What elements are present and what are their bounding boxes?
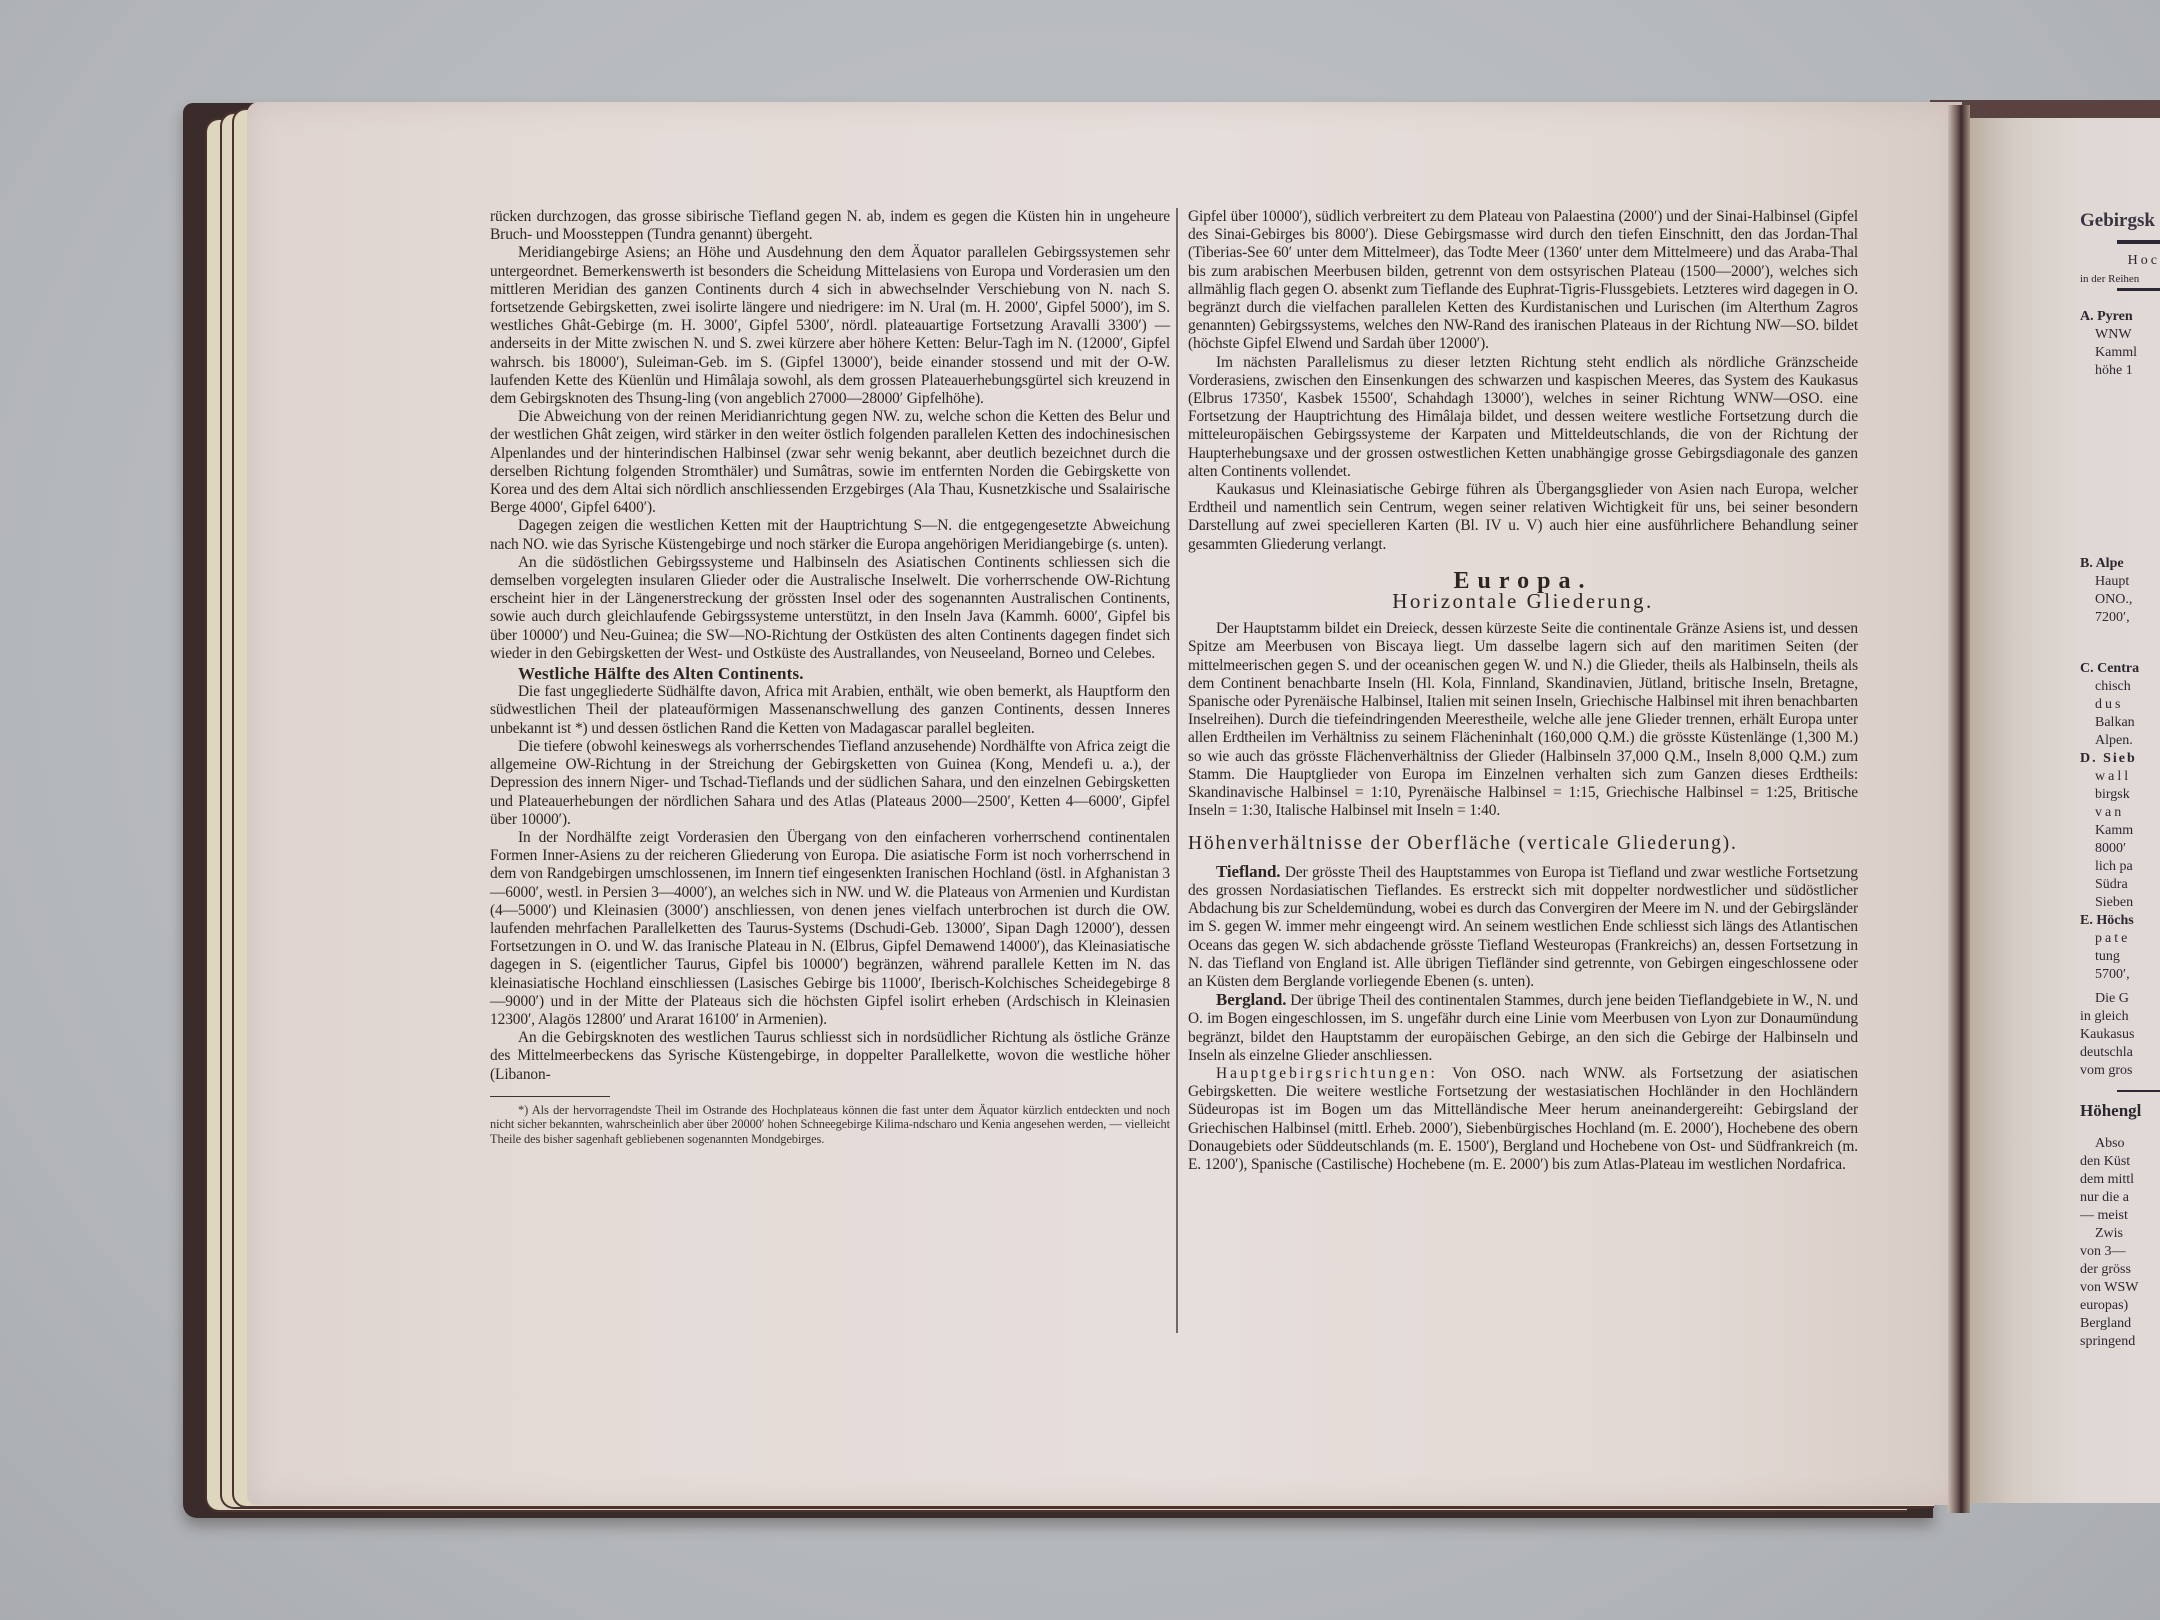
paragraph-bergland: Bergland. Der übrige Theil des continent… [1188,991,1858,1065]
entry-line: Südra [2080,876,2160,894]
footnote-text: *) Als der hervorragendste Theil im Ostr… [490,1103,1170,1147]
paragraph-tiefland: Tiefland. Der grösste Theil des Hauptsta… [1188,863,1858,991]
paragraph: Dagegen zeigen die westlichen Ketten mit… [490,517,1170,553]
section-subheading: Westliche Hälfte des Alten Continents. [518,665,1170,683]
entry-line: vom gros [2080,1062,2160,1080]
entry-line: Bergland [2080,1315,2160,1333]
table-rule [2117,240,2160,244]
footnote-rule [490,1096,610,1097]
lead-term: Bergland. [1216,990,1286,1009]
entry-line: dem mittl [2080,1171,2160,1189]
entry-line: nur die a [2080,1189,2160,1207]
entry-line: von WSW [2080,1279,2160,1297]
table-rule [2117,288,2160,291]
entry-line: europas) [2080,1297,2160,1315]
entry-line: Kaukasus [2080,1026,2160,1044]
entry-line: C. Centra [2080,660,2160,678]
paragraph-text: Der grösste Theil des Hauptstammes von E… [1188,864,1858,990]
entry-line: deutschla [2080,1044,2160,1062]
entry-line: wall [2080,768,2160,786]
entry-a: A. Pyren WNW Kamml höhe 1 [2080,308,2160,380]
book-gutter [1948,105,1970,1513]
entry-line: pate [2080,930,2160,948]
paragraph-text: Der übrige Theil des continentalen Stamm… [1188,992,1858,1064]
entry-line: tung [2080,948,2160,966]
entry-line: den Küst [2080,1153,2160,1171]
entry-line: springend [2080,1333,2160,1351]
entry-c: C. Centra chisch dus Balkan Alpen. [2080,660,2160,750]
entry-line: Kamml [2080,344,2160,362]
entry-line: — meist [2080,1207,2160,1225]
entry-line: 5700′, [2080,966,2160,984]
right-column: Gipfel über 10000′), südlich verbreitert… [1188,208,1858,1174]
column-divider [1176,208,1178,1333]
paragraph: Der Hauptstamm bildet ein Dreieck, desse… [1188,620,1858,820]
entry-line: chisch [2080,678,2160,696]
section-heading-vertical: Höhenverhältnisse der Oberfläche (vertic… [1188,835,1858,853]
lead-term: Hauptgebirgsrichtungen: [1216,1065,1438,1082]
entry-line: WNW [2080,326,2160,344]
paragraph: Die fast ungegliederte Südhälfte davon, … [490,683,1170,738]
entry-line: D. Sieb [2080,750,2160,768]
paragraph: An die Gebirgsknoten des westlichen Taur… [490,1029,1170,1084]
entry-line: van [2080,804,2160,822]
right-page-heading: Höhengl [2080,1102,2160,1120]
entry-b: B. Alpe Haupt ONO., 7200′, [2080,555,2160,627]
paragraph: rücken durchzogen, das grosse sibirische… [490,208,1170,244]
footnote: *) Als der hervorragendste Theil im Ostr… [490,1103,1170,1147]
entry-line: E. Höchs [2080,912,2160,930]
right-page-title: Gebirgsk [2080,212,2160,230]
entry-line: 7200′, [2080,609,2160,627]
entry-line: Die G [2080,990,2160,1008]
paragraph-fragment: Abso den Küst dem mittl nur die a — meis… [2080,1135,2160,1351]
paragraph: Meridiangebirge Asiens; an Höhe und Ausd… [490,244,1170,408]
paragraph: Kaukasus und Kleinasiatische Gebirge füh… [1188,481,1858,554]
lead-term: Tiefland. [1216,862,1280,881]
section-rule [2117,1090,2160,1092]
entry-e: E. Höchs pate tung 5700′, [2080,912,2160,984]
entry-line: von 3— [2080,1243,2160,1261]
entry-line: der gröss [2080,1261,2160,1279]
entry-d: D. Sieb wall birgsk van Kamm 8000′ lich … [2080,750,2160,912]
entry-line: Haupt [2080,573,2160,591]
entry-line: Alpen. [2080,732,2160,750]
paragraph: An die südöstlichen Gebirgssysteme und H… [490,554,1170,663]
entry-line: Sieben [2080,894,2160,912]
section-subtitle: Horizontale Gliederung. [1188,592,1858,610]
paragraph: Die Abweichung von der reinen Meridianri… [490,408,1170,517]
entry-line: Balkan [2080,714,2160,732]
entry-line: Zwis [2080,1225,2160,1243]
paragraph-fragment: Die G in gleich Kaukasus deutschla vom g… [2080,990,2160,1080]
entry-line: Kamm [2080,822,2160,840]
entry-line: A. Pyren [2080,308,2160,326]
entry-line: B. Alpe [2080,555,2160,573]
paragraph: In der Nordhälfte zeigt Vorderasien den … [490,829,1170,1029]
paragraph: Gipfel über 10000′), südlich verbreitert… [1188,208,1858,354]
entry-line: höhe 1 [2080,362,2160,380]
entry-line: lich pa [2080,858,2160,876]
paragraph: Im nächsten Parallelismus zu dieser letz… [1188,354,1858,481]
entry-line: Abso [2080,1135,2160,1153]
section-title-europa: Europa. [1188,572,1858,590]
entry-line: ONO., [2080,591,2160,609]
paragraph: Die tiefere (obwohl keineswegs als vorhe… [490,738,1170,829]
table-header: Hoc [2090,252,2160,270]
entry-line: birgsk [2080,786,2160,804]
entry-line: dus [2080,696,2160,714]
left-column: rücken durchzogen, das grosse sibirische… [490,208,1170,1146]
table-header-sub: in der Reihen [2080,270,2160,288]
entry-line: in gleich [2080,1008,2160,1026]
entry-line: 8000′ [2080,840,2160,858]
paragraph-hauptgebirg: Hauptgebirgsrichtungen: Von OSO. nach WN… [1188,1065,1858,1174]
